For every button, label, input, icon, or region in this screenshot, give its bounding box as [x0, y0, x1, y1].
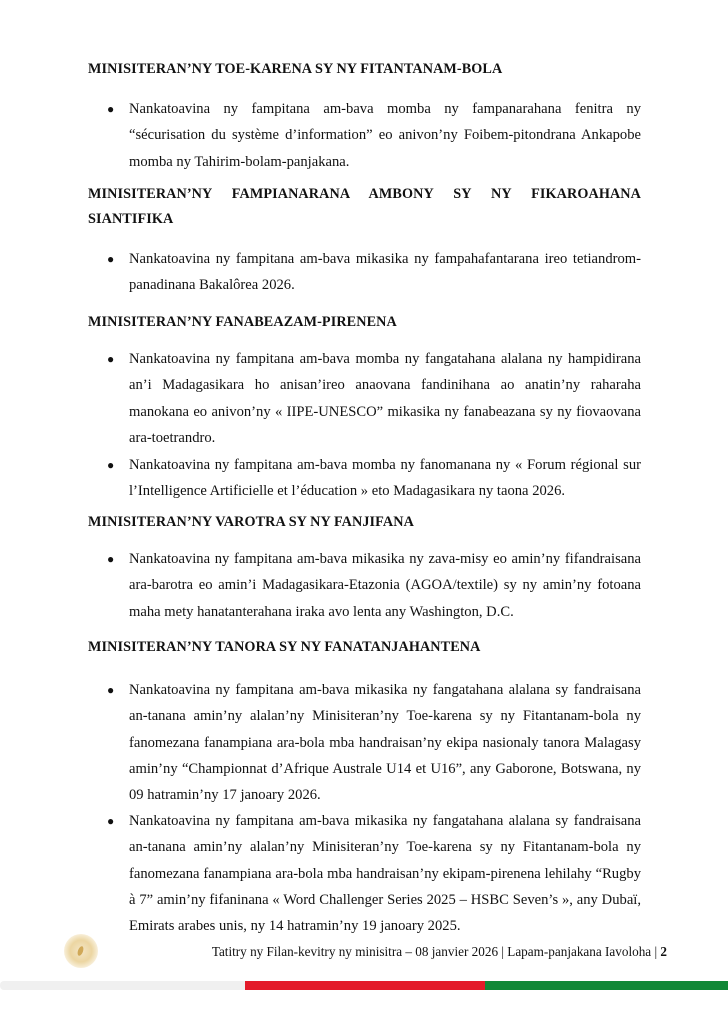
section-heading-trade-consumption: MINISITERAN’NY VAROTRA SY NY FANJIFANA: [88, 510, 641, 535]
bullet-icon: ●: [107, 452, 114, 478]
bullet-icon: ●: [107, 546, 114, 572]
list-item: ● Nankatoavina ny fampitana am-bava momb…: [88, 452, 641, 505]
footer-stripe-red: [245, 981, 485, 990]
list-item: ● Nankatoavina ny fampitana am-bava momb…: [88, 346, 641, 451]
list-item: ● Nankatoavina ny fampitana am-bava mika…: [88, 808, 641, 939]
list-item: ● Nankatoavina ny fampitana am-bava momb…: [88, 96, 641, 175]
list-item: ● Nankatoavina ny fampitana am-bava mika…: [88, 246, 641, 299]
footer-stripe-white: [0, 981, 245, 990]
section-heading-national-education: MINISITERAN’NY FANABEAZAM-PIRENENA: [88, 310, 641, 335]
bullet-icon: ●: [107, 96, 114, 122]
bullet-icon: ●: [107, 677, 114, 703]
footer-stripe-green: [485, 981, 728, 990]
list-item: ● Nankatoavina ny fampitana am-bava mika…: [88, 546, 641, 625]
bullet-icon: ●: [107, 346, 114, 372]
list-item: ● Nankatoavina ny fampitana am-bava mika…: [88, 677, 641, 808]
section-heading-youth-sports: MINISITERAN’NY TANORA SY NY FANATANJAHAN…: [88, 635, 641, 660]
page-footer: Tatitry ny Filan-kevitry ny minisitra – …: [0, 943, 667, 961]
section-heading-economy-finance: MINISITERAN’NY TOE-KARENA SY NY FITANTAN…: [88, 57, 641, 82]
bullet-icon: ●: [107, 246, 114, 272]
footer-caption: Tatitry ny Filan-kevitry ny minisitra – …: [212, 944, 661, 959]
page-number: 2: [660, 944, 667, 959]
section-heading-higher-education: MINISITERAN’NY FAMPIANARANA AMBONY SY NY…: [88, 182, 641, 232]
bullet-icon: ●: [107, 808, 114, 834]
